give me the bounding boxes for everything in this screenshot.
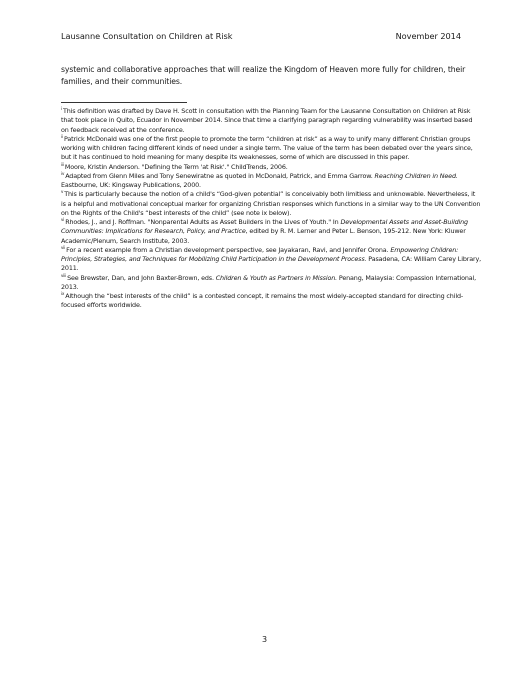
footnote-iii: iiiMoore, Kristin Anderson. "Defining th… — [61, 163, 481, 172]
footnote-vi: viRhodes, J., and J. Roffman. "Nonparent… — [61, 218, 481, 246]
document-page: Lausanne Consultation on Children at Ris… — [0, 0, 532, 688]
footnote-i: iThis definition was drafted by Dave H. … — [61, 107, 481, 135]
running-header: Lausanne Consultation on Children at Ris… — [61, 31, 461, 43]
footnote-text: This is particularly because the notion … — [61, 190, 480, 217]
footnote-iv: ivAdapted from Glenn Miles and Tony Sene… — [61, 172, 481, 191]
footnote-marker: viii — [61, 273, 66, 278]
footnote-text: Rhodes, J., and J. Roffman. "Nonparental… — [65, 218, 340, 226]
footnote-marker: vi — [61, 217, 64, 222]
footnote-ix: ixAlthough the “best interests of the ch… — [61, 292, 481, 311]
footnote-book-title: Reaching Children in Need. — [375, 172, 458, 180]
footnote-text: Adapted from Glenn Miles and Tony Senewi… — [65, 172, 374, 180]
footnote-marker: v — [61, 189, 63, 194]
header-title: Lausanne Consultation on Children at Ris… — [61, 31, 232, 41]
footnote-viii: viiiSee Brewster, Dan, and John Baxter-B… — [61, 274, 481, 293]
footnote-text: Eastbourne, UK: Kingsway Publications, 2… — [61, 181, 201, 189]
footnote-separator — [61, 102, 187, 103]
footnote-marker: ix — [61, 291, 64, 296]
body-paragraph: systemic and collaborative approaches th… — [61, 64, 481, 88]
footnote-book-title: Children & Youth as Partners in Mission. — [216, 274, 337, 282]
footnote-vii: viiFor a recent example from a Christian… — [61, 246, 481, 274]
footnote-text: Patrick McDonald was one of the first pe… — [61, 135, 473, 162]
footnote-ii: iiPatrick McDonald was one of the first … — [61, 135, 481, 163]
footnote-marker: iv — [61, 171, 64, 176]
page-number: 3 — [262, 635, 267, 644]
header-date: November 2014 — [396, 31, 461, 41]
footnote-v: vThis is particularly because the notion… — [61, 190, 481, 218]
footnote-marker: i — [61, 106, 62, 111]
footnote-text: This definition was drafted by Dave H. S… — [61, 107, 472, 134]
footnote-text: Although the “best interests of the chil… — [61, 292, 463, 309]
footnote-text: Moore, Kristin Anderson. "Defining the T… — [65, 163, 288, 171]
footnote-text: For a recent example from a Christian de… — [66, 246, 390, 254]
footnote-marker: vii — [61, 245, 65, 250]
footnotes-section: iThis definition was drafted by Dave H. … — [61, 107, 481, 311]
footnote-text: See Brewster, Dan, and John Baxter-Brown… — [67, 274, 216, 282]
footnote-marker: iii — [61, 162, 64, 167]
footnote-marker: ii — [61, 134, 63, 139]
